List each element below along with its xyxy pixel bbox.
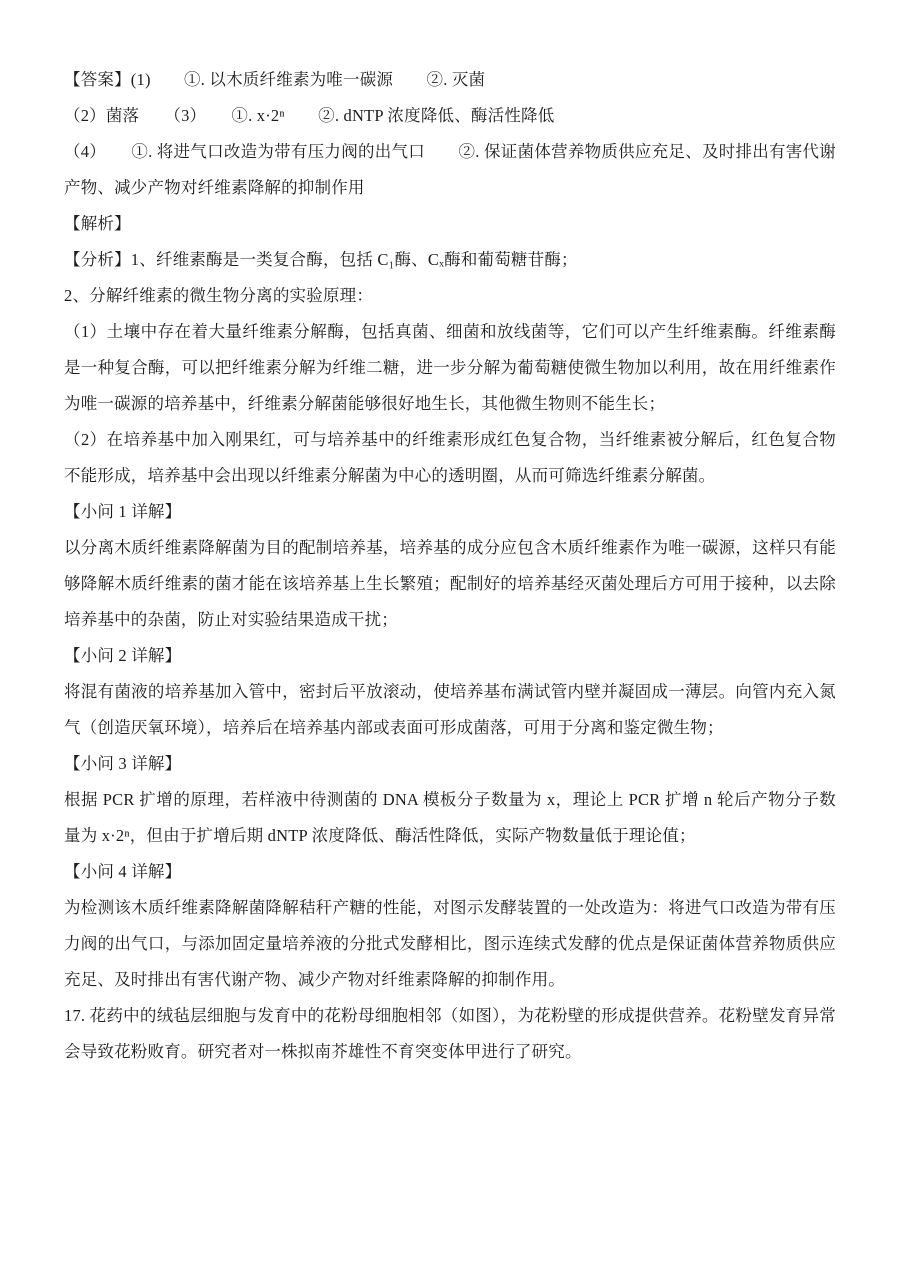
answer-line-1: 【答案】(1) ①. 以木质纤维素为唯一碳源 ②. 灭菌 [64, 62, 836, 98]
document-page: 【答案】(1) ①. 以木质纤维素为唯一碳源 ②. 灭菌 （2）菌落 （3） ①… [0, 0, 900, 1273]
subquestion-1-heading: 【小问 1 详解】 [64, 494, 836, 530]
subquestion-4-detail: 为检测该木质纤维素降解菌降解秸秆产糖的性能，对图示发酵装置的一处改造为：将进气口… [64, 890, 836, 998]
subquestion-1-detail: 以分离木质纤维素降解菌为目的配制培养基，培养基的成分应包含木质纤维素作为唯一碳源… [64, 530, 836, 638]
subquestion-4-heading: 【小问 4 详解】 [64, 854, 836, 890]
question-17-stem: 17. 花药中的绒毡层细胞与发育中的花粉母细胞相邻（如图），为花粉壁的形成提供营… [64, 998, 836, 1070]
section-heading-jiexi: 【解析】 [64, 206, 836, 242]
principle-paragraph-1: （1）土壤中存在着大量纤维素分解酶，包括真菌、细菌和放线菌等，它们可以产生纤维素… [64, 314, 836, 422]
principle-paragraph-2: （2）在培养基中加入刚果红，可与培养基中的纤维素形成红色复合物，当纤维素被分解后… [64, 422, 836, 494]
subquestion-3-heading: 【小问 3 详解】 [64, 746, 836, 782]
analysis-point-1: 【分析】1、纤维素酶是一类复合酶，包括 C₁酶、Cₓ酶和葡萄糖苷酶； [64, 242, 836, 278]
answer-line-3: （4） ①. 将进气口改造为带有压力阀的出气口 ②. 保证菌体营养物质供应充足、… [64, 134, 836, 206]
analysis-point-2: 2、分解纤维素的微生物分离的实验原理： [64, 278, 836, 314]
subquestion-2-heading: 【小问 2 详解】 [64, 638, 836, 674]
subquestion-3-detail: 根据 PCR 扩增的原理，若样液中待测菌的 DNA 模板分子数量为 x，理论上 … [64, 782, 836, 854]
subquestion-2-detail: 将混有菌液的培养基加入管中，密封后平放滚动，使培养基布满试管内壁并凝固成一薄层。… [64, 674, 836, 746]
answer-line-2: （2）菌落 （3） ①. x·2ⁿ ②. dNTP 浓度降低、酶活性降低 [64, 98, 836, 134]
